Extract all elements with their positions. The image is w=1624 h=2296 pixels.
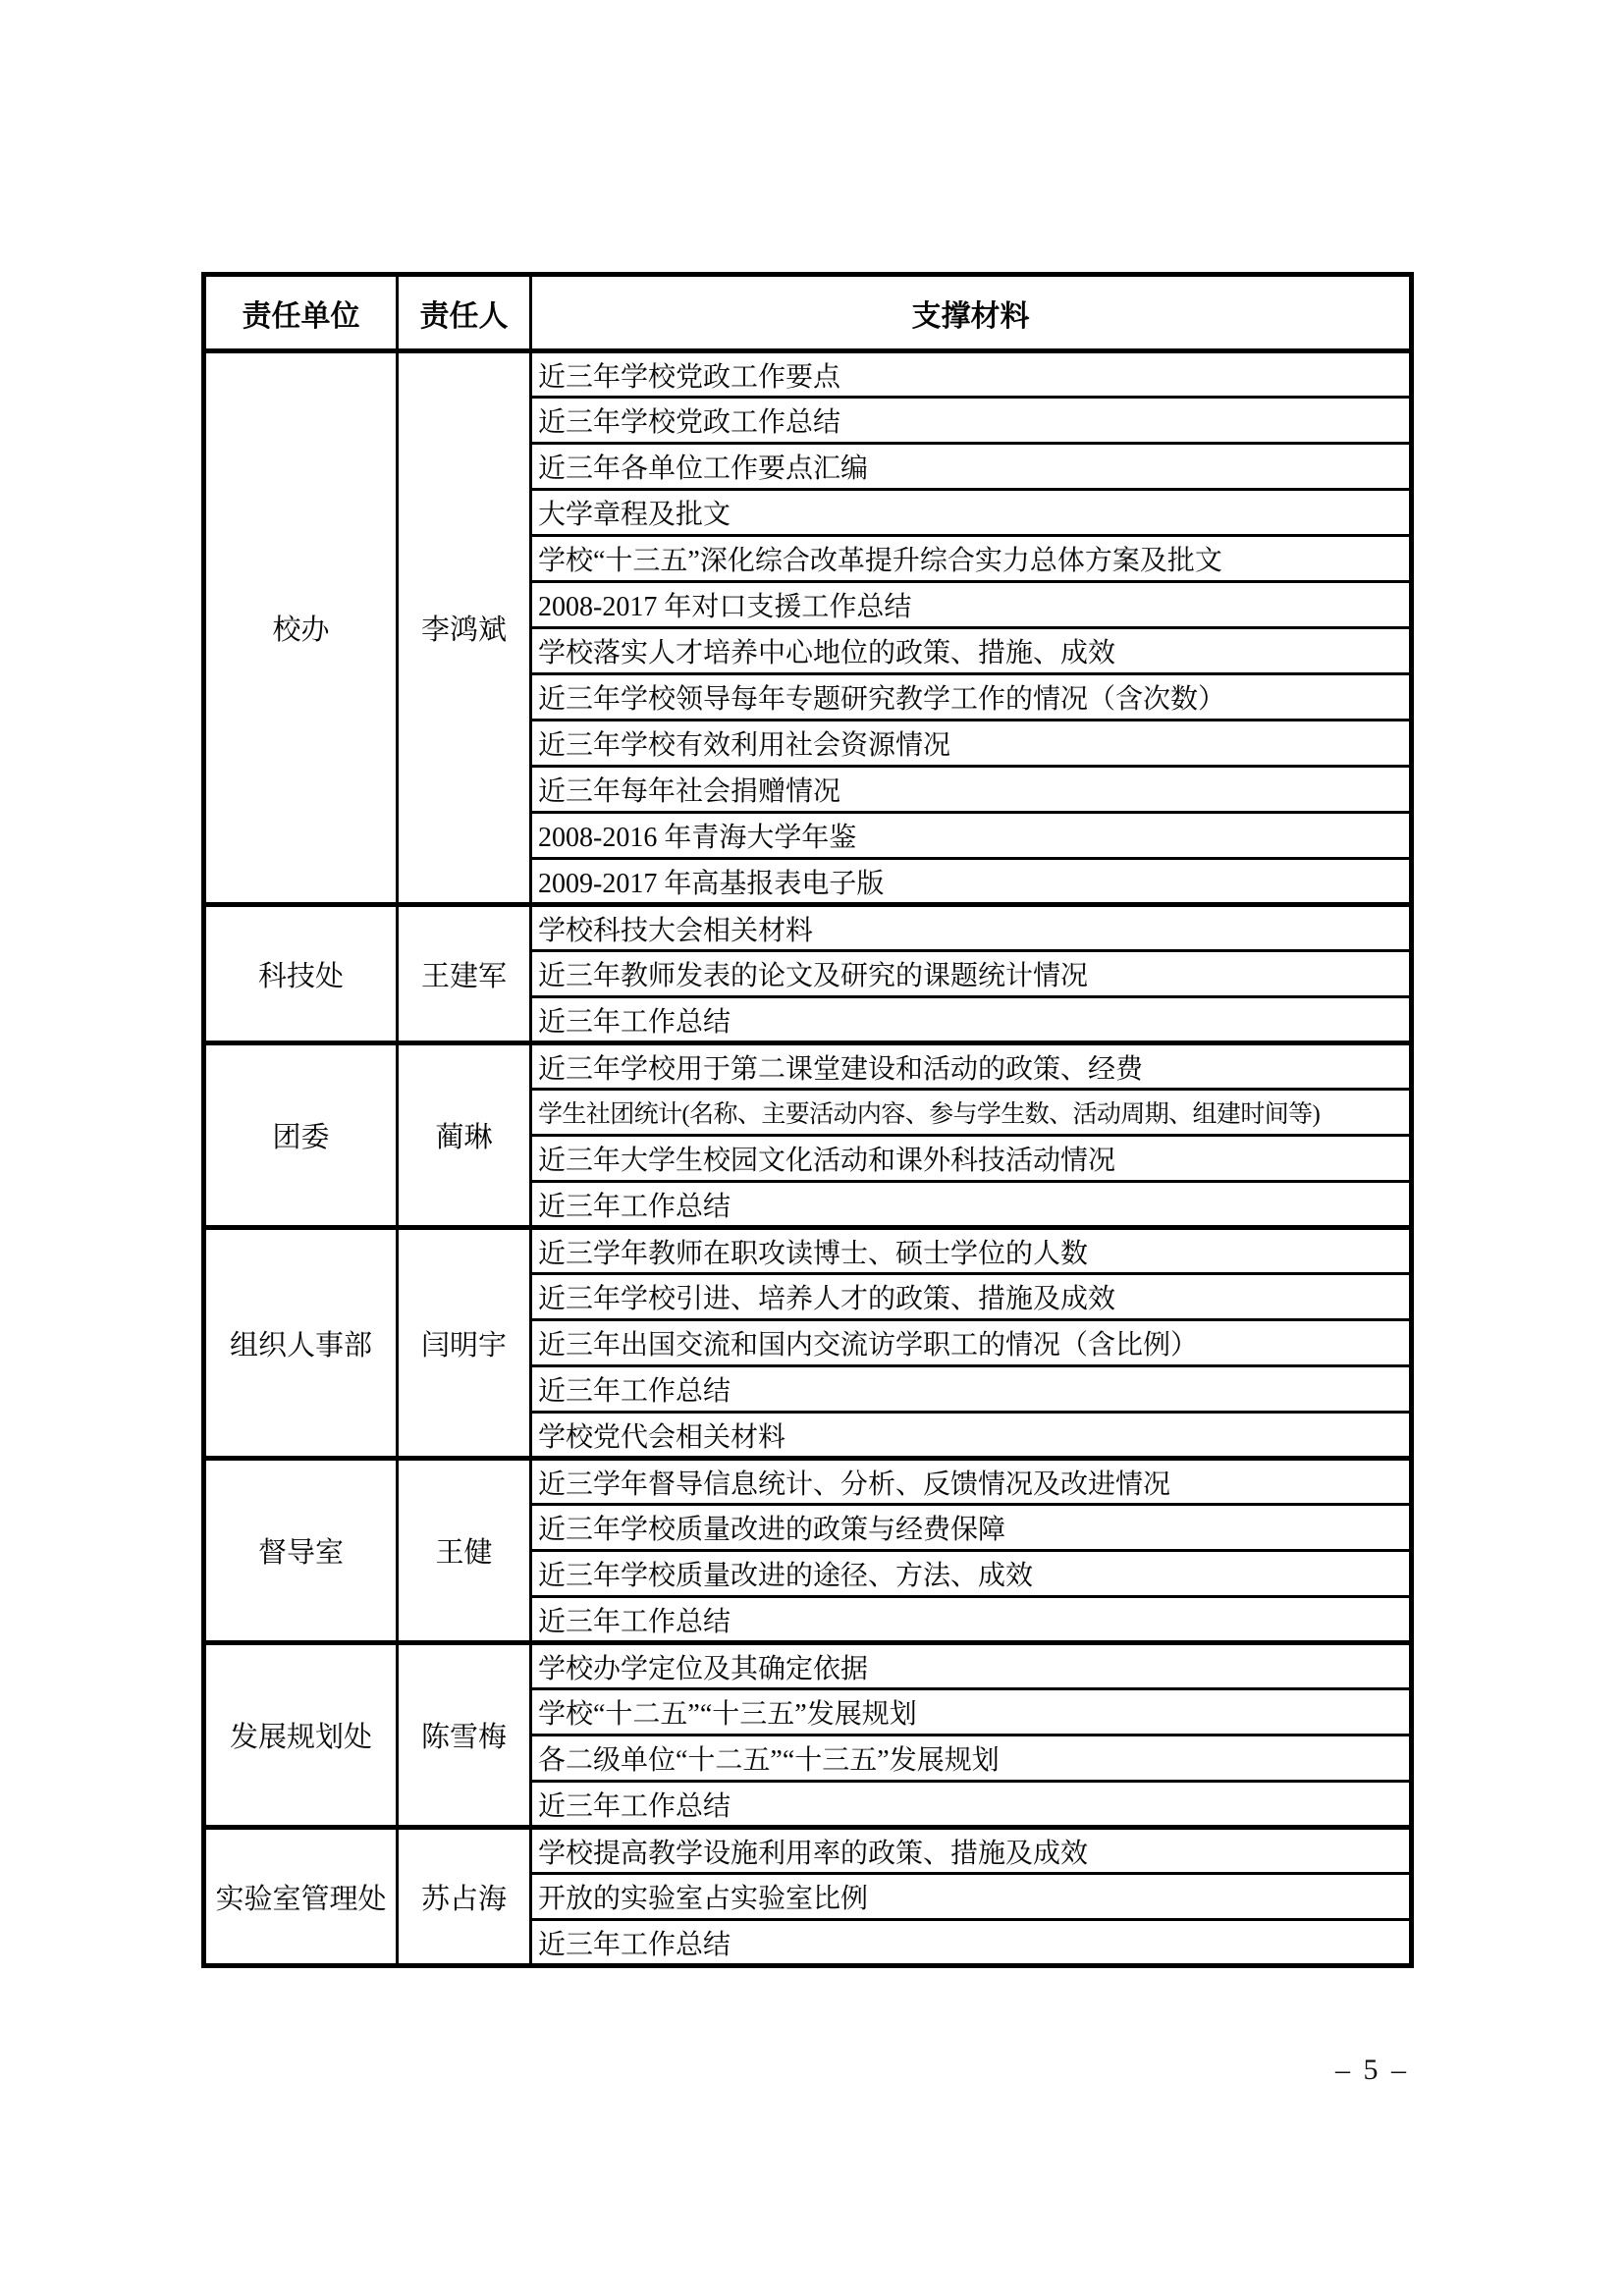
material-cell: 2008-2017 年对口支援工作总结 <box>531 582 1412 628</box>
person-cell: 李鸿斌 <box>398 351 531 905</box>
person-cell: 陈雪梅 <box>398 1643 531 1828</box>
material-cell: 近三年每年社会捐赠情况 <box>531 767 1412 813</box>
unit-cell: 组织人事部 <box>204 1228 398 1459</box>
table-header-row: 责任单位责任人支撑材料 <box>204 275 1412 351</box>
table-row: 督导室王健近三学年督导信息统计、分析、反馈情况及改进情况 <box>204 1459 1412 1505</box>
material-cell: 近三年学校质量改进的政策与经费保障 <box>531 1505 1412 1551</box>
material-cell: 近三学年教师在职攻读博士、硕士学位的人数 <box>531 1228 1412 1274</box>
responsibility-table: 责任单位责任人支撑材料 校办李鸿斌近三年学校党政工作要点近三年学校党政工作总结近… <box>201 272 1414 1968</box>
material-cell: 近三学年督导信息统计、分析、反馈情况及改进情况 <box>531 1459 1412 1505</box>
table-row: 发展规划处陈雪梅学校办学定位及其确定依据 <box>204 1643 1412 1689</box>
material-cell: 2009-2017 年高基报表电子版 <box>531 859 1412 905</box>
material-cell: 学校落实人才培养中心地位的政策、措施、成效 <box>531 628 1412 674</box>
unit-cell: 团委 <box>204 1043 398 1228</box>
material-cell: 学校办学定位及其确定依据 <box>531 1643 1412 1689</box>
material-cell: 近三年各单位工作要点汇编 <box>531 444 1412 490</box>
material-cell: 近三年工作总结 <box>531 997 1412 1043</box>
person-cell: 闫明宇 <box>398 1228 531 1459</box>
material-cell: 近三年工作总结 <box>531 1920 1412 1966</box>
unit-cell: 实验室管理处 <box>204 1828 398 1966</box>
material-cell: 学校提高教学设施利用率的政策、措施及成效 <box>531 1828 1412 1874</box>
material-cell: 近三年工作总结 <box>531 1366 1412 1413</box>
person-cell: 蔺琳 <box>398 1043 531 1228</box>
material-cell: 近三年大学生校园文化活动和课外科技活动情况 <box>531 1136 1412 1182</box>
material-cell: 学校科技大会相关材料 <box>531 905 1412 951</box>
page-number: – 5 – <box>1335 2054 1409 2087</box>
material-cell: 开放的实验室占实验室比例 <box>531 1874 1412 1920</box>
table-row: 实验室管理处苏占海学校提高教学设施利用率的政策、措施及成效 <box>204 1828 1412 1874</box>
column-header-2: 支撑材料 <box>531 275 1412 351</box>
material-cell: 近三年学校领导每年专题研究教学工作的情况（含次数） <box>531 674 1412 721</box>
material-cell: 大学章程及批文 <box>531 490 1412 536</box>
table-row: 校办李鸿斌近三年学校党政工作要点 <box>204 351 1412 398</box>
material-cell: 近三年学校用于第二课堂建设和活动的政策、经费 <box>531 1043 1412 1090</box>
material-cell: 学校“十三五”深化综合改革提升综合实力总体方案及批文 <box>531 536 1412 582</box>
unit-cell: 督导室 <box>204 1459 398 1643</box>
material-cell: 2008-2016 年青海大学年鉴 <box>531 813 1412 859</box>
table-row: 团委蔺琳近三年学校用于第二课堂建设和活动的政策、经费 <box>204 1043 1412 1090</box>
material-cell: 近三年工作总结 <box>531 1597 1412 1643</box>
material-cell: 学校党代会相关材料 <box>531 1413 1412 1459</box>
material-cell: 近三年出国交流和国内交流访学职工的情况（含比例） <box>531 1320 1412 1366</box>
column-header-0: 责任单位 <box>204 275 398 351</box>
person-cell: 王健 <box>398 1459 531 1643</box>
person-cell: 苏占海 <box>398 1828 531 1966</box>
material-cell: 近三年学校有效利用社会资源情况 <box>531 721 1412 767</box>
column-header-1: 责任人 <box>398 275 531 351</box>
material-cell: 学生社团统计(名称、主要活动内容、参与学生数、活动周期、组建时间等) <box>531 1090 1412 1136</box>
material-cell: 学校“十二五”“十三五”发展规划 <box>531 1689 1412 1735</box>
person-cell: 王建军 <box>398 905 531 1043</box>
document-page: 责任单位责任人支撑材料 校办李鸿斌近三年学校党政工作要点近三年学校党政工作总结近… <box>0 0 1624 2296</box>
material-cell: 近三年教师发表的论文及研究的课题统计情况 <box>531 951 1412 997</box>
material-cell: 近三年学校党政工作要点 <box>531 351 1412 398</box>
unit-cell: 科技处 <box>204 905 398 1043</box>
unit-cell: 校办 <box>204 351 398 905</box>
material-cell: 近三年工作总结 <box>531 1782 1412 1828</box>
material-cell: 近三年学校党政工作总结 <box>531 398 1412 444</box>
unit-cell: 发展规划处 <box>204 1643 398 1828</box>
table-row: 组织人事部闫明宇近三学年教师在职攻读博士、硕士学位的人数 <box>204 1228 1412 1274</box>
material-cell: 各二级单位“十二五”“十三五”发展规划 <box>531 1735 1412 1782</box>
material-cell: 近三年学校质量改进的途径、方法、成效 <box>531 1551 1412 1597</box>
table-row: 科技处王建军学校科技大会相关材料 <box>204 905 1412 951</box>
material-cell: 近三年工作总结 <box>531 1182 1412 1228</box>
material-cell: 近三年学校引进、培养人才的政策、措施及成效 <box>531 1274 1412 1320</box>
